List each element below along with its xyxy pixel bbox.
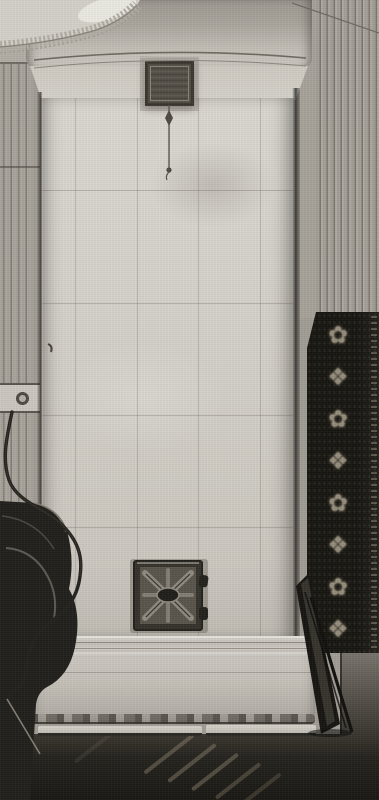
door-hinge-bottom <box>199 607 208 620</box>
parquet-strip <box>74 732 113 763</box>
fire-door-star <box>128 558 212 636</box>
parquet-floor <box>0 734 379 800</box>
stove-cornice <box>26 0 312 68</box>
stove-baseboard-left <box>38 726 202 736</box>
photo-tiled-stove: ✿ ❖ ✿ ❖ ✿ ❖ ✿ ❖ <box>0 0 379 800</box>
vent-plaque <box>145 61 194 106</box>
plinth-grime-band <box>31 714 315 724</box>
vent-plaque-inner-frame <box>150 66 189 101</box>
curtain-dotted-border <box>371 316 377 648</box>
socket-outlet <box>16 392 29 405</box>
door-center-boss <box>157 588 179 602</box>
stove-right-seam <box>292 88 300 648</box>
dado-rail <box>0 166 40 168</box>
stove-baseboard-right <box>206 725 316 736</box>
door-hinge-top <box>198 575 209 588</box>
stove-left-seam <box>37 92 43 648</box>
paneling-flutes <box>316 0 379 318</box>
wall-shadow-patch <box>340 650 379 737</box>
curtain-motif-column: ✿ ❖ ✿ ❖ ✿ ❖ ✿ ❖ <box>315 314 361 650</box>
curtain-drapery: ✿ ❖ ✿ ❖ ✿ ❖ ✿ ❖ <box>307 312 379 653</box>
wall-socket <box>0 383 40 413</box>
stove-base-molding <box>33 636 312 654</box>
